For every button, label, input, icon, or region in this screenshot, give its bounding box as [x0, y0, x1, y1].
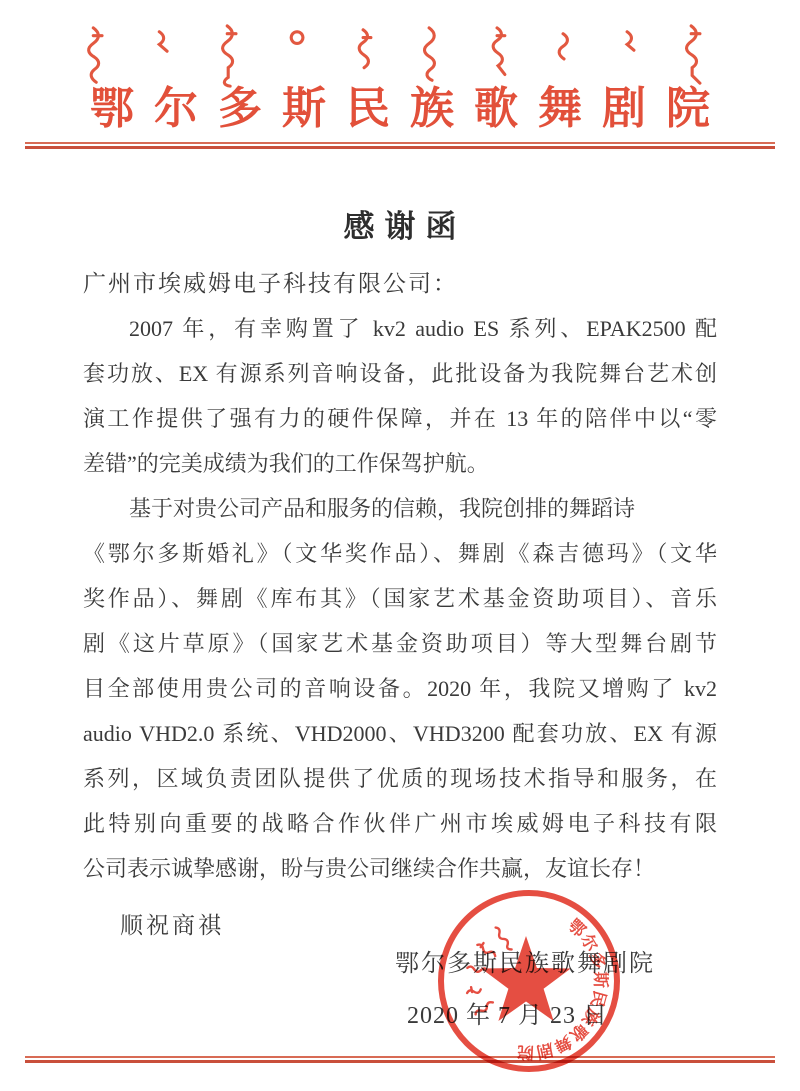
paragraph-line: 系列，区域负责团队提供了优质的现场技术指导和服务，在 — [83, 756, 717, 801]
paragraph-line: 基于对贵公司产品和服务的信赖，我院创排的舞蹈诗 — [83, 486, 717, 531]
paragraph-line: 2007 年，有幸购置了 kv2 audio ES 系列、EPAK2500 配 — [83, 306, 717, 351]
paragraph-line: 目全部使用贵公司的音响设备。2020 年，我院又增购了 kv2 — [83, 666, 717, 711]
footer-rule-thick — [25, 1060, 775, 1063]
letterhead-org-name: 鄂尔多斯民族歌舞剧院 — [0, 86, 800, 132]
paragraph-line: 演工作提供了强有力的硬件保障，并在 13 年的陪伴中以“零 — [83, 396, 717, 441]
paragraph-line: 奖作品）、舞剧《库布其》（国家艺术基金资助项目）、音乐 — [83, 576, 717, 621]
paragraph-line: 套功放、EX 有源系列音响设备，此批设备为我院舞台艺术创 — [83, 351, 717, 396]
paragraph-1: 2007 年，有幸购置了 kv2 audio ES 系列、EPAK2500 配 … — [83, 306, 717, 486]
footer-rule-thin — [25, 1056, 775, 1058]
letter-page: 鄂尔多斯民族歌舞剧院 感谢函 广州市埃威姆电子科技有限公司： 2007 年，有幸… — [0, 0, 800, 1091]
letter-title: 感谢函 — [0, 205, 800, 249]
paragraph-line: 《鄂尔多斯婚礼》（文华奖作品）、舞剧《森吉德玛》（文华 — [83, 531, 717, 576]
paragraph-line: audio VHD2.0 系统、VHD2000、VHD3200 配套功放、EX … — [83, 711, 717, 756]
salutation: 广州市埃威姆电子科技有限公司： — [83, 261, 717, 306]
footer-rule — [25, 1056, 775, 1063]
official-seal: 鄂尔多斯民族歌舞剧院 — [430, 882, 628, 1080]
letterhead-rule-thin — [25, 142, 775, 144]
letterhead-rule-thick — [25, 146, 775, 149]
paragraph-line: 此特别向重要的战略合作伙伴广州市埃威姆电子科技有限 — [83, 801, 717, 846]
paragraph-2: 基于对贵公司产品和服务的信赖，我院创排的舞蹈诗 《鄂尔多斯婚礼》（文华奖作品）、… — [83, 486, 717, 891]
seal-star-icon — [481, 936, 570, 1021]
paragraph-line: 剧《这片草原》（国家艺术基金资助项目）等大型舞台剧节 — [83, 621, 717, 666]
paragraph-line: 差错”的完美成绩为我们的工作保驾护航。 — [83, 441, 717, 486]
mongolian-script-icon — [70, 24, 730, 90]
letterhead-rule — [25, 142, 775, 149]
letter-body: 广州市埃威姆电子科技有限公司： 2007 年，有幸购置了 kv2 audio E… — [83, 261, 717, 948]
